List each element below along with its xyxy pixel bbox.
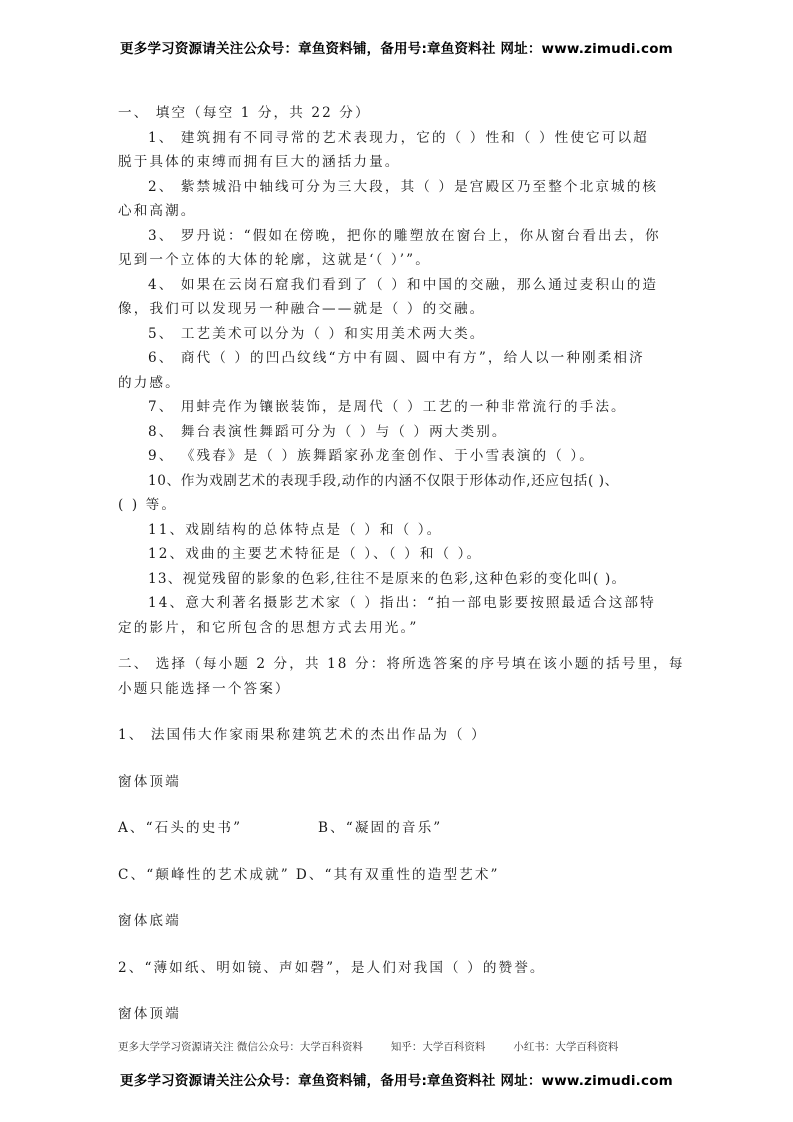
question-7: 7、 用蚌壳作为镶嵌装饰，是周代（ ）工艺的一种非常流行的手法。 — [118, 395, 678, 420]
question-8: 8、 舞台表演性舞蹈可分为（ ）与（ ）两大类别。 — [118, 420, 678, 445]
question-9: 9、 《残春》是（ ）族舞蹈家孙龙奎创作、于小雪表演的（ ）。 — [118, 444, 678, 469]
options-row-cd: C、“颠峰性的艺术成就” D、“其有双重性的造型艺术” — [118, 863, 678, 888]
header-banner: 更多学习资源请关注公众号：章鱼资料铺，备用号:章鱼资料社 网址：www.zimu… — [0, 37, 793, 57]
footer-xiaohongshu: 小红书：大学百科资料 — [513, 1039, 618, 1054]
form-top-marker: 窗体顶端 — [118, 770, 678, 795]
choice-question-2: 2、“薄如纸、明如镜、声如磬”，是人们对我国（ ）的赞誉。 — [118, 956, 678, 981]
form-bottom-marker: 窗体底端 — [118, 909, 678, 934]
footer-note: 更多大学学习资源请关注 微信公众号：大学百科资料 知乎：大学百科资料 小红书：大… — [118, 1039, 678, 1054]
document-body: 一、 填空（每空 1 分，共 22 分） 1、 建筑拥有不同寻常的艺术表现力，它… — [118, 101, 678, 1027]
section2-title-line: 小题只能选择一个答案） — [118, 677, 678, 702]
question-line: 10、作为戏剧艺术的表现手段,动作的内涵不仅限于形体动作,还应包括( )、 — [118, 469, 678, 494]
option-d[interactable]: D、“其有双重性的造型艺术” — [296, 863, 500, 888]
question-line: 2、 紫禁城沿中轴线可分为三大段，其（ ）是宫殿区乃至整个北京城的核 — [118, 175, 678, 200]
question-line: 定的影片，和它所包含的思想方式去用光。” — [118, 616, 678, 641]
footer-wechat: 更多大学学习资源请关注 微信公众号：大学百科资料 — [118, 1039, 363, 1054]
question-4: 4、 如果在云岗石窟我们看到了（ ）和中国的交融，那么通过麦积山的造 像，我们可… — [118, 273, 678, 322]
footer-banner: 更多学习资源请关注公众号：章鱼资料铺，备用号:章鱼资料社 网址：www.zimu… — [0, 1069, 793, 1089]
question-10: 10、作为戏剧艺术的表现手段,动作的内涵不仅限于形体动作,还应包括( )、 ( … — [118, 469, 678, 518]
section2-title: 二、 选择（每小题 2 分，共 18 分：将所选答案的序号填在该小题的括号里，每… — [118, 652, 678, 701]
choice-question-1: 1、 法国伟大作家雨果称建筑艺术的杰出作品为（ ） — [118, 723, 678, 748]
question-line: 的力感。 — [118, 371, 678, 396]
question-line: 11、戏剧结构的总体特点是（ ）和（ ）。 — [118, 518, 678, 543]
question-line: 4、 如果在云岗石窟我们看到了（ ）和中国的交融，那么通过麦积山的造 — [118, 273, 678, 298]
options-row-ab: A、“石头的史书” B、“凝固的音乐” — [118, 816, 678, 841]
question-5: 5、 工艺美术可以分为（ ）和实用美术两大类。 — [118, 322, 678, 347]
option-b[interactable]: B、“凝固的音乐” — [318, 816, 442, 841]
question-2: 2、 紫禁城沿中轴线可分为三大段，其（ ）是宫殿区乃至整个北京城的核 心和高潮。 — [118, 175, 678, 224]
option-a[interactable]: A、“石头的史书” — [118, 816, 318, 841]
form-top-marker: 窗体顶端 — [118, 1002, 678, 1027]
footer-zhihu: 知乎：大学百科资料 — [391, 1039, 486, 1054]
question-6: 6、 商代（ ）的凹凸纹线“方中有圆、圆中有方”，给人以一种刚柔相济 的力感。 — [118, 346, 678, 395]
section1-title: 一、 填空（每空 1 分，共 22 分） — [118, 101, 678, 126]
question-line: 像，我们可以发现另一种融合——就是（ ）的交融。 — [118, 297, 678, 322]
question-line: 12、戏曲的主要艺术特征是（ ）、（ ）和（ ）。 — [118, 542, 678, 567]
question-1: 1、 建筑拥有不同寻常的艺术表现力，它的（ ）性和（ ）性使它可以超 脱于具体的… — [118, 126, 678, 175]
question-line: 7、 用蚌壳作为镶嵌装饰，是周代（ ）工艺的一种非常流行的手法。 — [118, 395, 678, 420]
question-line: 3、 罗丹说：“假如在傍晚，把你的雕塑放在窗台上，你从窗台看出去，你 — [118, 224, 678, 249]
question-line: 5、 工艺美术可以分为（ ）和实用美术两大类。 — [118, 322, 678, 347]
question-line: 脱于具体的束缚而拥有巨大的涵括力量。 — [118, 150, 678, 175]
question-line: 1、 建筑拥有不同寻常的艺术表现力，它的（ ）性和（ ）性使它可以超 — [118, 126, 678, 151]
option-c[interactable]: C、“颠峰性的艺术成就” — [118, 863, 290, 888]
question-12: 12、戏曲的主要艺术特征是（ ）、（ ）和（ ）。 — [118, 542, 678, 567]
section2-title-line: 二、 选择（每小题 2 分，共 18 分：将所选答案的序号填在该小题的括号里，每 — [118, 652, 678, 677]
question-line: ( ) 等。 — [118, 493, 678, 518]
question-11: 11、戏剧结构的总体特点是（ ）和（ ）。 — [118, 518, 678, 543]
question-13: 13、视觉残留的影象的色彩,往往不是原来的色彩,这种色彩的变化叫( )。 — [118, 567, 678, 592]
question-14: 14、意大利著名摄影艺术家（ ）指出：“拍一部电影要按照最适合这部特 定的影片，… — [118, 591, 678, 640]
question-line: 9、 《残春》是（ ）族舞蹈家孙龙奎创作、于小雪表演的（ ）。 — [118, 444, 678, 469]
question-line: 14、意大利著名摄影艺术家（ ）指出：“拍一部电影要按照最适合这部特 — [118, 591, 678, 616]
question-line: 8、 舞台表演性舞蹈可分为（ ）与（ ）两大类别。 — [118, 420, 678, 445]
question-3: 3、 罗丹说：“假如在傍晚，把你的雕塑放在窗台上，你从窗台看出去，你 见到一个立… — [118, 224, 678, 273]
question-line: 13、视觉残留的影象的色彩,往往不是原来的色彩,这种色彩的变化叫( )。 — [118, 567, 678, 592]
question-line: 6、 商代（ ）的凹凸纹线“方中有圆、圆中有方”，给人以一种刚柔相济 — [118, 346, 678, 371]
question-line: 见到一个立体的大体的轮廓，这就是‘（ ）’”。 — [118, 248, 678, 273]
question-line: 心和高潮。 — [118, 199, 678, 224]
